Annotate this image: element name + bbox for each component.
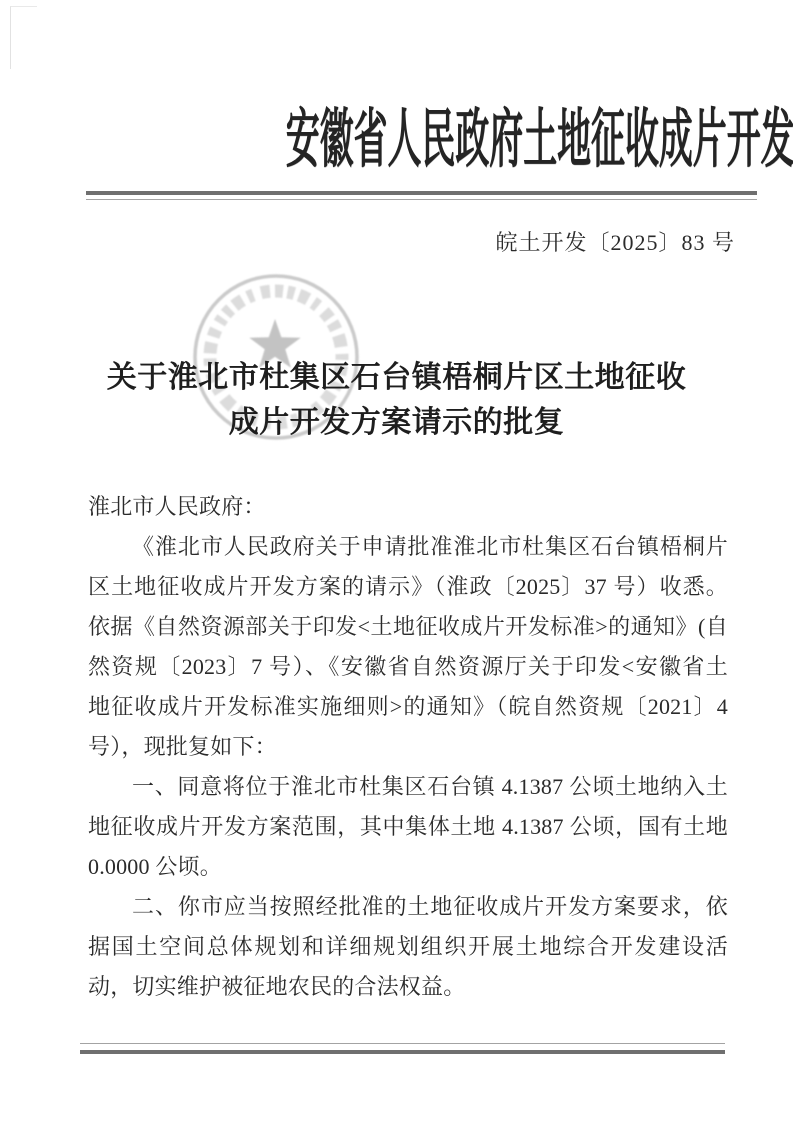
- body-line: 据国土空间总体规划和详细规划组织开展土地综合开发建设活: [88, 927, 728, 967]
- body-line: 《淮北市人民政府关于申请批准淮北市杜集区石台镇梧桐片: [88, 527, 728, 567]
- body-line: 淮北市人民政府：: [88, 487, 728, 527]
- body-line: 依据《自然资源部关于印发<土地征收成片开发标准>的通知》(自: [88, 607, 728, 647]
- body-line: 号），现批复如下：: [88, 727, 728, 767]
- scan-edge-artifact: [10, 6, 37, 69]
- masthead-title: 安徽省人民政府土地征收成片开发方案批复: [0, 98, 793, 182]
- footer-rule-thin: [80, 1043, 725, 1045]
- body-line: 动，切实维护被征地农民的合法权益。: [88, 967, 728, 1007]
- body-line: 0.0000 公顷。: [88, 847, 728, 887]
- body-text: 淮北市人民政府：《淮北市人民政府关于申请批准淮北市杜集区石台镇梧桐片区土地征收成…: [88, 487, 728, 1007]
- body-line: 二、你市应当按照经批准的土地征收成片开发方案要求，依: [88, 887, 728, 927]
- body-line: 地征收成片开发方案范围，其中集体土地 4.1387 公顷，国有土地: [88, 807, 728, 847]
- masthead-rule-thin: [86, 199, 757, 201]
- body-line: 地征收成片开发标准实施细则>的通知》（皖自然资规〔2021〕4: [88, 687, 728, 727]
- subject-title-line-2: 成片开发方案请示的批复: [0, 400, 793, 445]
- masthead-title-text: 安徽省人民政府土地征收成片开发方案批复: [286, 98, 793, 182]
- body-line: 一、同意将位于淮北市杜集区石台镇 4.1387 公顷土地纳入土: [88, 767, 728, 807]
- body-line: 然资规〔2023〕7 号）、《安徽省自然资源厅关于印发<安徽省土: [88, 647, 728, 687]
- subject-title-line-1: 关于淮北市杜集区石台镇梧桐片区土地征收: [0, 355, 793, 400]
- document-page: { "masthead": { "title": "安徽省人民政府土地征收成片开…: [0, 0, 793, 1122]
- body-line: 区土地征收成片开发方案的请示》（淮政〔2025〕37 号）收悉。: [88, 567, 728, 607]
- masthead-rule-thick: [86, 191, 757, 195]
- subject-title: 关于淮北市杜集区石台镇梧桐片区土地征收 成片开发方案请示的批复: [0, 355, 793, 445]
- doc-number: 皖土开发〔2025〕83 号: [495, 228, 735, 258]
- footer-rule-thick: [80, 1050, 725, 1054]
